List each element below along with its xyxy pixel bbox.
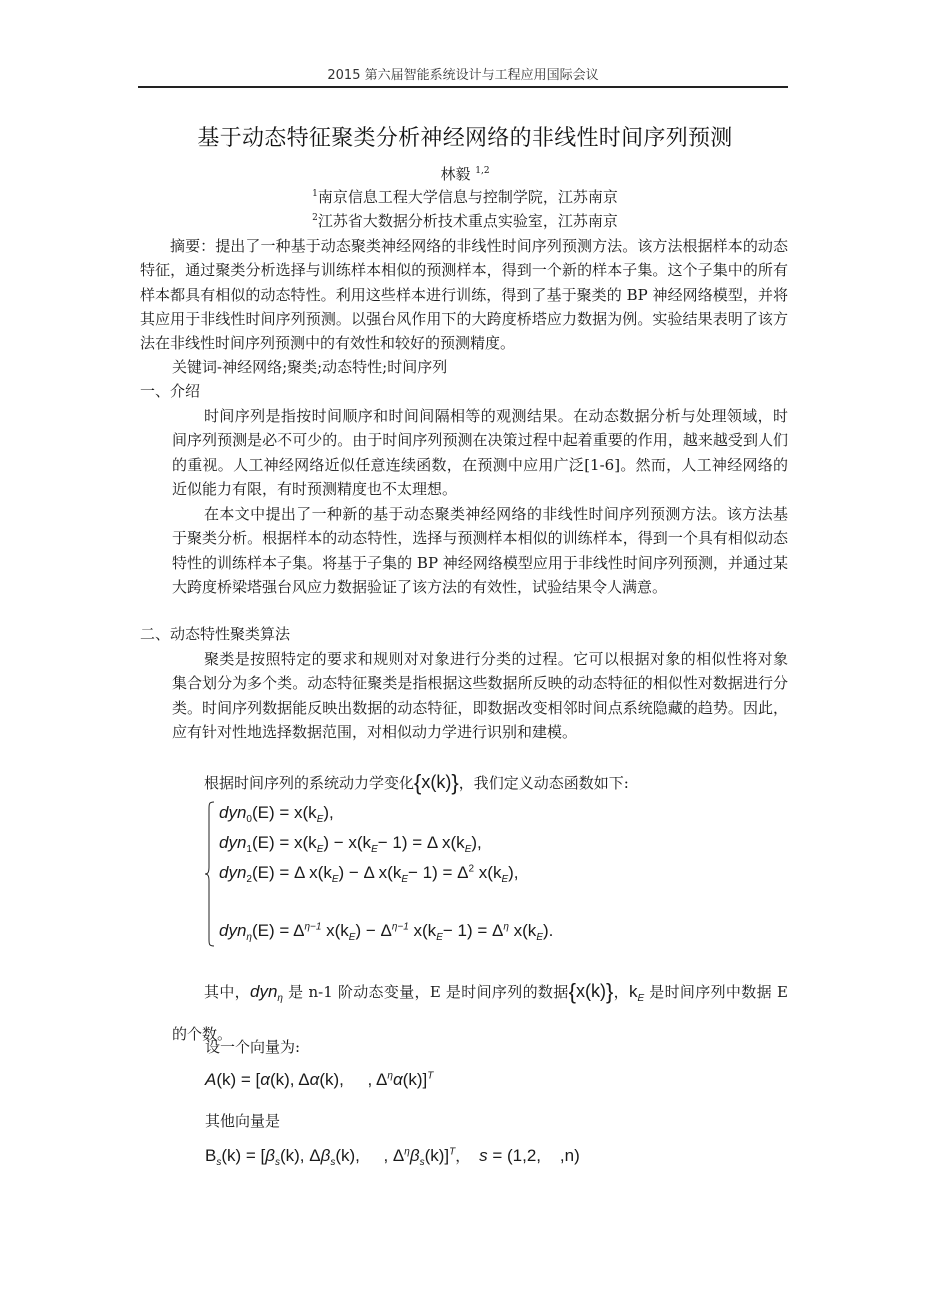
paper-page: 2015 第六届智能系统设计与工程应用国际会议 基于动态特征聚类分析神经网络的非… xyxy=(0,0,925,1309)
equation-dyn-2: dyn2(E) = Δ x(kE) − Δ x(kE− 1) = Δ2 x(kE… xyxy=(219,863,519,883)
vector-b-equation: Bs(k) = [βs(k), Δβs(k), , Δηβs(k)]T， s =… xyxy=(205,1145,580,1166)
affiliation-1: 1南京信息工程大学信息与控制学院，江苏南京 xyxy=(130,186,800,207)
series-symbol: x(k) xyxy=(421,772,451,792)
vector-a-body: (k) = [α(k), Δα(k), , Δηα(k)]T xyxy=(216,1070,433,1089)
intro-paragraph-1: 时间序列是指按时间顺序和时间间隔相等的观测结果。在动态数据分析与处理领域，时间序… xyxy=(172,404,788,501)
left-brace-icon xyxy=(205,801,215,947)
paper-title: 基于动态特征聚类分析神经网络的非线性时间序列预测 xyxy=(130,121,800,152)
vector-a-equation: A(k) = [α(k), Δα(k), , Δηα(k)]T xyxy=(205,1070,433,1090)
equation-intro: 根据时间序列的系统动力学变化{x(k)}，我们定义动态函数如下: xyxy=(172,770,788,795)
affiliation-1-text: 南京信息工程大学信息与控制学院，江苏南京 xyxy=(318,188,618,206)
set-brace-open: { xyxy=(569,979,576,1004)
set-symbol: x(k) xyxy=(576,981,606,1001)
equation-intro-after: ，我们定义动态函数如下: xyxy=(459,774,629,792)
vector-intro: 设一个向量为: xyxy=(205,1036,300,1057)
clustering-paragraph-1: 聚类是按照特定的要求和规则对对象进行分类的过程。它可以根据对象的相似性将对象集合… xyxy=(172,647,788,744)
keywords: 关键词-神经网络;聚类;动态特性;时间序列 xyxy=(172,356,447,377)
header-divider xyxy=(138,86,788,88)
other-vectors-intro: 其他向量是 xyxy=(205,1110,280,1131)
author-name: 林毅 xyxy=(440,165,470,183)
where-prefix: 其中， xyxy=(204,983,250,1001)
equation-dyn-0: dyn0(E) = x(kE), xyxy=(219,803,334,823)
dyn-symbol: dyn xyxy=(250,982,277,1001)
author-affil-marks: 1,2 xyxy=(475,166,489,176)
intro-paragraph-2: 在本文中提出了一种新的基于动态聚类神经网络的非线性时间序列预测方法。该方法基于聚… xyxy=(172,502,788,599)
where-text-2: ， xyxy=(613,983,629,1001)
section-heading-clustering: 二、动态特性聚类算法 xyxy=(140,623,290,644)
abstract: 摘要：提出了一种基于动态聚类神经网络的非线性时间序列预测方法。该方法根据样本的动… xyxy=(140,234,788,355)
equation-dyn-1: dyn1(E) = x(kE) − x(kE− 1) = Δ x(kE), xyxy=(219,833,482,853)
equation-dyn-eta: dynη(E) = Δη−1 x(kE) − Δη−1 x(kE− 1) = Δ… xyxy=(219,921,553,941)
affiliation-2: 2江苏省大数据分析技术重点实验室，江苏南京 xyxy=(130,210,800,231)
where-text-1: 是 n-1 阶动态变量，E 是时间序列的数据 xyxy=(283,983,569,1001)
running-header: 2015 第六届智能系统设计与工程应用国际会议 xyxy=(138,64,788,83)
equation-intro-before: 根据时间序列的系统动力学变化 xyxy=(204,774,414,792)
author-line: 林毅 1,2 xyxy=(130,163,800,184)
brace-close: } xyxy=(451,770,458,795)
dynamic-function-equations: dyn0(E) = x(kE), dyn1(E) = x(kE) − x(kE−… xyxy=(205,799,625,949)
section-heading-introduction: 一、介绍 xyxy=(140,380,200,401)
affiliation-2-text: 江苏省大数据分析技术重点实验室，江苏南京 xyxy=(318,212,618,230)
